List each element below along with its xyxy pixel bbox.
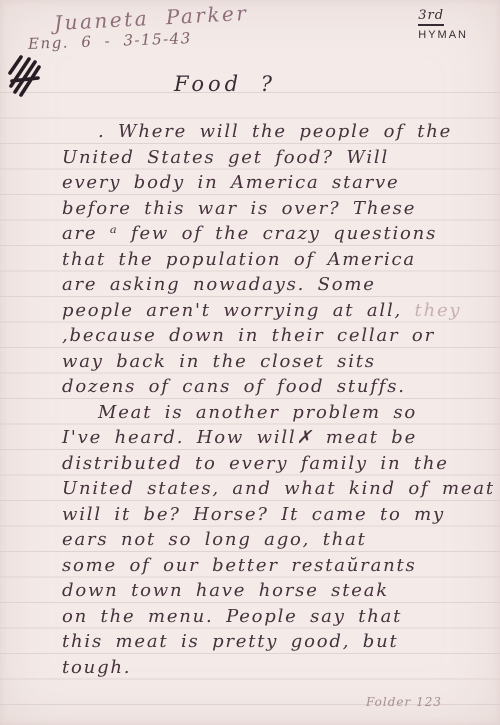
line-text: will it be? Horse? It came to my [62, 504, 445, 525]
erased-word: they [402, 300, 461, 321]
grade-mark: 3rd [418, 8, 444, 26]
handwritten-line: ears not so long ago, that [0, 527, 500, 553]
line-text: before this war is over? These [62, 198, 416, 219]
line-text: ears not so long ago, that [62, 529, 367, 550]
line-text: some of our better restaŭrants [62, 555, 417, 576]
line-text: down town have horse steak [62, 580, 389, 601]
essay-body: . Where will the people of theUnited Sta… [0, 119, 500, 680]
handwritten-line: are ᵃ few of the crazy questions [0, 221, 500, 247]
line-text: people aren't worrying at all, [62, 300, 402, 321]
folder-label: Folder 123 [366, 695, 442, 709]
handwritten-line: Meat is another problem so [0, 400, 500, 426]
line-text: that the population of America [62, 249, 416, 270]
handwritten-line: people aren't worrying at all, they [0, 298, 500, 324]
line-text: United States get food? Will [62, 147, 389, 168]
line-text: Meat is another problem so [98, 402, 417, 423]
essay-title: Food ? [0, 72, 450, 96]
handwritten-line: United states, and what kind of meat [0, 476, 500, 502]
handwritten-line: this meat is pretty good, but [0, 629, 500, 655]
line-text: distributed to every family in the [62, 453, 449, 474]
handwritten-line: way back in the closet sits [0, 349, 500, 375]
handwritten-line: some of our better restaŭrants [0, 553, 500, 579]
corner-annotation: 3rd HYMAN [418, 4, 468, 41]
handwritten-line: . Where will the people of the [0, 119, 500, 145]
handwritten-line: on the menu. People say that [0, 604, 500, 630]
line-text: United states, and what kind of meat [62, 478, 495, 499]
handwritten-line: will it be? Horse? It came to my [0, 502, 500, 528]
handwritten-line: ,because down in their cellar or [0, 323, 500, 349]
handwritten-line: dozens of cans of food stuffs. [0, 374, 500, 400]
handwritten-line: that the population of America [0, 247, 500, 273]
line-text: tough. [62, 657, 131, 678]
line-text: on the menu. People say that [62, 606, 402, 627]
line-text: every body in America starve [62, 172, 399, 193]
notebook-page: Juaneta Parker Eng. 6 - 3-15-43 3rd HYMA… [0, 0, 500, 725]
line-text: I've heard. How will✗ meat be [62, 427, 417, 448]
handwritten-line: every body in America starve [0, 170, 500, 196]
line-text: way back in the closet sits [62, 351, 376, 372]
line-text: this meat is pretty good, but [62, 631, 399, 652]
line-text: are ᵃ few of the crazy questions [62, 223, 437, 244]
class-and-date: Eng. 6 - 3-15-43 [28, 29, 192, 53]
handwritten-line: before this war is over? These [0, 196, 500, 222]
teacher-name: HYMAN [418, 29, 468, 41]
line-text: . Where will the people of the [98, 121, 452, 142]
handwritten-line: down town have horse steak [0, 578, 500, 604]
handwritten-line: United States get food? Will [0, 145, 500, 171]
line-text: are asking nowadays. Some [62, 274, 376, 295]
handwritten-line: tough. [0, 655, 500, 681]
handwritten-line: distributed to every family in the [0, 451, 500, 477]
line-text: dozens of cans of food stuffs. [62, 376, 406, 397]
handwritten-line: I've heard. How will✗ meat be [0, 425, 500, 451]
line-text: ,because down in their cellar or [62, 325, 435, 346]
handwritten-line: are asking nowadays. Some [0, 272, 500, 298]
